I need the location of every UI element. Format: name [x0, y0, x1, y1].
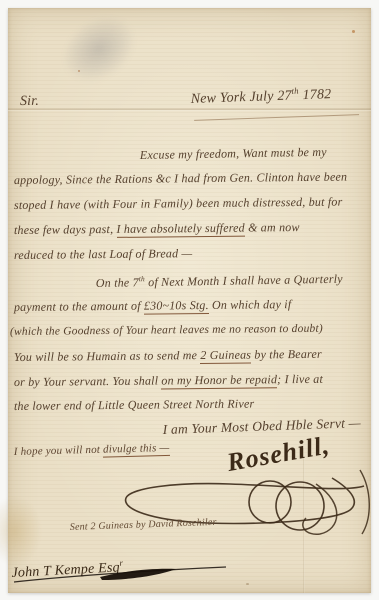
letter-line: reduced to the last Loaf of Bread —: [14, 246, 193, 263]
letter-line: On the 7th of Next Month I shall have a …: [96, 272, 343, 291]
underlined-phrase: divulge this —: [103, 442, 170, 458]
letter-line: appology, Since the Rations &c I had fro…: [14, 170, 347, 188]
letter-line: You will be so Humain as to send me 2 Gu…: [14, 347, 322, 365]
letter-line: the lower end of Little Queen Street Nor…: [14, 396, 255, 414]
paper-speck: [352, 30, 355, 33]
underlined-phrase: on my Honor be repaid: [161, 372, 277, 389]
addressee-ordinal: r: [119, 558, 123, 568]
dateline: New York July 27th 1782: [190, 87, 331, 108]
closing-line: I am Your Most Obed Hble Servt —: [162, 415, 361, 438]
postscript-line: I hope you will not divulge this —: [14, 442, 170, 458]
letter-line: stoped I have (with Four in Family) been…: [14, 195, 343, 213]
underlined-amount: £30~10s Stg.: [144, 298, 209, 315]
letter-line: Excuse my freedom, Want must be my: [140, 145, 327, 163]
underlined-phrase: 2 Guineas: [200, 348, 251, 365]
paper-speck: [246, 583, 249, 585]
document-scan: Sir. New York July 27th 1782 Excuse my f…: [0, 0, 379, 600]
paper-stain: [0, 496, 42, 566]
letter-line: or by Your servant. You shall on my Hono…: [14, 372, 323, 390]
salutation: Sir.: [20, 94, 39, 110]
letter-line: payment to the amount of £30~10s Stg. On…: [14, 297, 292, 315]
paper-speck: [78, 70, 80, 72]
underlined-phrase: I have absolutely suffered: [116, 221, 245, 238]
letter-line: these few days past, I have absolutely s…: [14, 220, 300, 238]
date-ordinal: th: [291, 86, 299, 96]
letter-line: (which the Goodness of Your heart leaves…: [10, 323, 323, 338]
pencil-smudge: [50, 3, 147, 95]
letter-page: Sir. New York July 27th 1782 Excuse my f…: [8, 8, 371, 593]
